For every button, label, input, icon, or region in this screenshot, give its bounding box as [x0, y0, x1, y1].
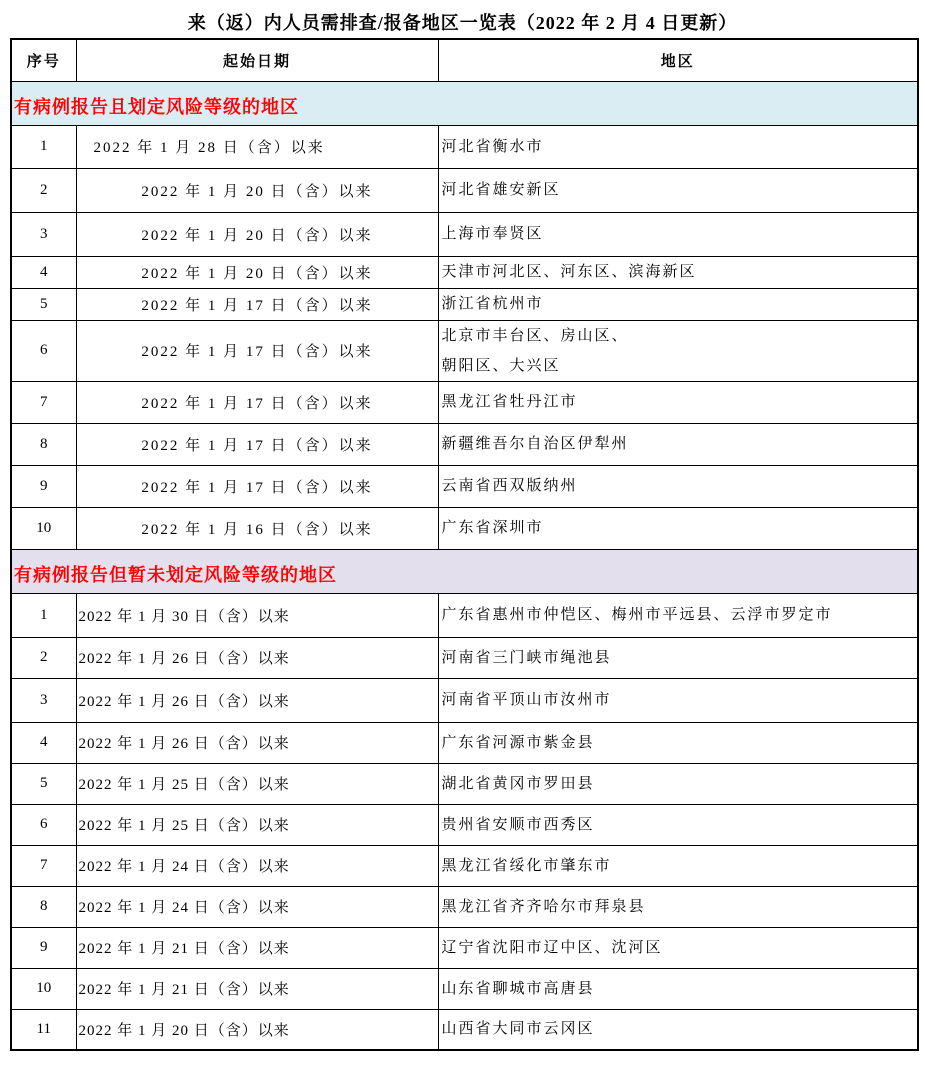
table-row: 42022 年 1 月 20 日（含）以来天津市河北区、河东区、滨海新区	[11, 256, 918, 288]
region-cell: 辽宁省沈阳市辽中区、沈河区	[438, 927, 918, 968]
index-cell: 2	[11, 168, 76, 212]
date-cell: 2022 年 1 月 17 日（含）以来	[76, 465, 438, 507]
date-cell: 2022 年 1 月 16 日（含）以来	[76, 507, 438, 549]
section-risk-ungraded: 有病例报告但暂未划定风险等级的地区 12022 年 1 月 30 日（含）以来广…	[11, 549, 918, 1050]
index-cell: 6	[11, 320, 76, 381]
date-cell: 2022 年 1 月 21 日（含）以来	[76, 968, 438, 1009]
index-cell: 9	[11, 927, 76, 968]
date-cell: 2022 年 1 月 25 日（含）以来	[76, 804, 438, 845]
date-cell: 2022 年 1 月 28 日（含）以来	[76, 125, 438, 168]
table-row: 82022 年 1 月 17 日（含）以来新疆维吾尔自治区伊犁州	[11, 423, 918, 465]
col-header-region: 地区	[438, 39, 918, 81]
region-cell: 广东省河源市紫金县	[438, 722, 918, 763]
table-row: 42022 年 1 月 26 日（含）以来广东省河源市紫金县	[11, 722, 918, 763]
section-banner: 有病例报告且划定风险等级的地区	[11, 81, 918, 125]
header-row: 序号 起始日期 地区	[11, 39, 918, 81]
index-cell: 5	[11, 288, 76, 320]
date-cell: 2022 年 1 月 25 日（含）以来	[76, 763, 438, 804]
region-cell: 河南省三门峡市绳池县	[438, 637, 918, 678]
table-row: 62022 年 1 月 25 日（含）以来贵州省安顺市西秀区	[11, 804, 918, 845]
section-risk-graded: 有病例报告且划定风险等级的地区 12022 年 1 月 28 日（含）以来河北省…	[11, 81, 918, 549]
region-cell: 广东省深圳市	[438, 507, 918, 549]
document-page: 来（返）内人员需排查/报备地区一览表（2022 年 2 月 4 日更新） 序号 …	[0, 0, 925, 1072]
table-row: 62022 年 1 月 17 日（含）以来北京市丰台区、房山区、 朝阳区、大兴区	[11, 320, 918, 381]
date-cell: 2022 年 1 月 21 日（含）以来	[76, 927, 438, 968]
table-row: 12022 年 1 月 30 日（含）以来广东省惠州市仲恺区、梅州市平远县、云浮…	[11, 593, 918, 637]
region-cell: 河北省衡水市	[438, 125, 918, 168]
table-row: 22022 年 1 月 26 日（含）以来河南省三门峡市绳池县	[11, 637, 918, 678]
date-cell: 2022 年 1 月 17 日（含）以来	[76, 381, 438, 423]
date-cell: 2022 年 1 月 17 日（含）以来	[76, 423, 438, 465]
index-cell: 1	[11, 593, 76, 637]
region-cell: 山西省大同市云冈区	[438, 1009, 918, 1050]
date-cell: 2022 年 1 月 17 日（含）以来	[76, 288, 438, 320]
table-row: 22022 年 1 月 20 日（含）以来河北省雄安新区	[11, 168, 918, 212]
region-cell: 山东省聊城市高唐县	[438, 968, 918, 1009]
index-cell: 9	[11, 465, 76, 507]
region-cell: 湖北省黄冈市罗田县	[438, 763, 918, 804]
table-row: 52022 年 1 月 17 日（含）以来浙江省杭州市	[11, 288, 918, 320]
region-cell: 上海市奉贤区	[438, 212, 918, 256]
date-cell: 2022 年 1 月 26 日（含）以来	[76, 678, 438, 722]
region-cell: 云南省西双版纳州	[438, 465, 918, 507]
region-cell: 河北省雄安新区	[438, 168, 918, 212]
date-cell: 2022 年 1 月 26 日（含）以来	[76, 637, 438, 678]
date-cell: 2022 年 1 月 24 日（含）以来	[76, 845, 438, 886]
index-cell: 1	[11, 125, 76, 168]
date-cell: 2022 年 1 月 17 日（含）以来	[76, 320, 438, 381]
table-row: 92022 年 1 月 21 日（含）以来辽宁省沈阳市辽中区、沈河区	[11, 927, 918, 968]
date-cell: 2022 年 1 月 20 日（含）以来	[76, 212, 438, 256]
index-cell: 8	[11, 423, 76, 465]
index-cell: 11	[11, 1009, 76, 1050]
risk-area-table: 序号 起始日期 地区 有病例报告且划定风险等级的地区 12022 年 1 月 2…	[10, 38, 919, 1051]
index-cell: 10	[11, 507, 76, 549]
index-cell: 8	[11, 886, 76, 927]
region-cell: 新疆维吾尔自治区伊犁州	[438, 423, 918, 465]
index-cell: 3	[11, 678, 76, 722]
region-cell: 河南省平顶山市汝州市	[438, 678, 918, 722]
region-cell: 黑龙江省绥化市肇东市	[438, 845, 918, 886]
date-cell: 2022 年 1 月 30 日（含）以来	[76, 593, 438, 637]
table-row: 82022 年 1 月 24 日（含）以来黑龙江省齐齐哈尔市拜泉县	[11, 886, 918, 927]
index-cell: 4	[11, 256, 76, 288]
date-cell: 2022 年 1 月 20 日（含）以来	[76, 1009, 438, 1050]
date-cell: 2022 年 1 月 26 日（含）以来	[76, 722, 438, 763]
table-row: 12022 年 1 月 28 日（含）以来河北省衡水市	[11, 125, 918, 168]
index-cell: 7	[11, 381, 76, 423]
region-cell: 贵州省安顺市西秀区	[438, 804, 918, 845]
index-cell: 7	[11, 845, 76, 886]
date-cell: 2022 年 1 月 20 日（含）以来	[76, 256, 438, 288]
col-header-date: 起始日期	[76, 39, 438, 81]
region-cell: 黑龙江省牡丹江市	[438, 381, 918, 423]
region-cell: 天津市河北区、河东区、滨海新区	[438, 256, 918, 288]
table-row: 72022 年 1 月 24 日（含）以来黑龙江省绥化市肇东市	[11, 845, 918, 886]
section-banner-label: 有病例报告且划定风险等级的地区	[11, 81, 918, 125]
index-cell: 3	[11, 212, 76, 256]
table-row: 72022 年 1 月 17 日（含）以来黑龙江省牡丹江市	[11, 381, 918, 423]
section-banner: 有病例报告但暂未划定风险等级的地区	[11, 549, 918, 593]
section-banner-label: 有病例报告但暂未划定风险等级的地区	[11, 549, 918, 593]
page-title: 来（返）内人员需排查/报备地区一览表（2022 年 2 月 4 日更新）	[0, 0, 925, 38]
table-row: 32022 年 1 月 20 日（含）以来上海市奉贤区	[11, 212, 918, 256]
date-cell: 2022 年 1 月 20 日（含）以来	[76, 168, 438, 212]
index-cell: 5	[11, 763, 76, 804]
table-row: 102022 年 1 月 16 日（含）以来广东省深圳市	[11, 507, 918, 549]
region-cell: 广东省惠州市仲恺区、梅州市平远县、云浮市罗定市	[438, 593, 918, 637]
region-cell: 北京市丰台区、房山区、 朝阳区、大兴区	[438, 320, 918, 381]
index-cell: 2	[11, 637, 76, 678]
index-cell: 6	[11, 804, 76, 845]
table-row: 52022 年 1 月 25 日（含）以来湖北省黄冈市罗田县	[11, 763, 918, 804]
table-row: 32022 年 1 月 26 日（含）以来河南省平顶山市汝州市	[11, 678, 918, 722]
region-cell: 黑龙江省齐齐哈尔市拜泉县	[438, 886, 918, 927]
table-row: 92022 年 1 月 17 日（含）以来云南省西双版纳州	[11, 465, 918, 507]
region-cell: 浙江省杭州市	[438, 288, 918, 320]
index-cell: 4	[11, 722, 76, 763]
index-cell: 10	[11, 968, 76, 1009]
col-header-index: 序号	[11, 39, 76, 81]
date-cell: 2022 年 1 月 24 日（含）以来	[76, 886, 438, 927]
table-row: 102022 年 1 月 21 日（含）以来山东省聊城市高唐县	[11, 968, 918, 1009]
table-row: 112022 年 1 月 20 日（含）以来山西省大同市云冈区	[11, 1009, 918, 1050]
